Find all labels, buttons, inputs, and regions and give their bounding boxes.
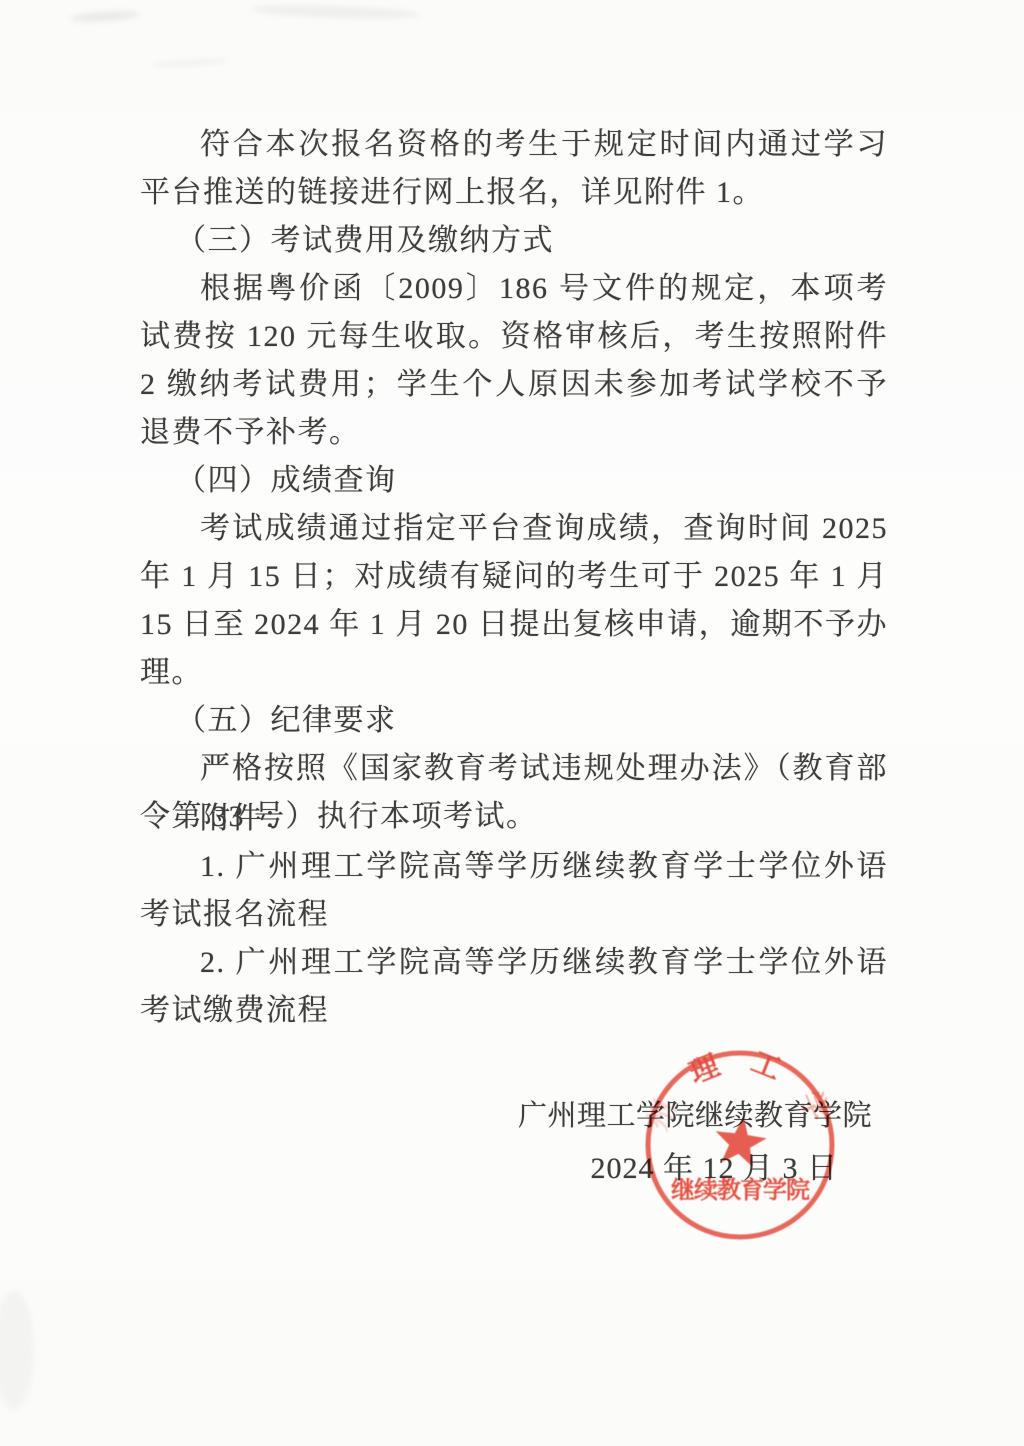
seal-bottom-text: 继续教育学院 bbox=[671, 1176, 810, 1204]
document-body: 符合本次报名资格的考生于规定时间内通过学习平台推送的链接进行网上报名，详见附件 … bbox=[140, 121, 888, 841]
scan-artifact bbox=[70, 10, 140, 24]
attachment-item-registration-flow: 1. 广州理工学院高等学历继续教育学士学位外语考试报名流程 bbox=[140, 843, 888, 939]
attachments-label: 附件： bbox=[140, 795, 888, 843]
attachments-section: 附件： 1. 广州理工学院高等学历继续教育学士学位外语考试报名流程 2. 广州理… bbox=[140, 795, 888, 1035]
section-heading-score-inquiry: （四）成绩查询 bbox=[140, 457, 888, 505]
document-page: 符合本次报名资格的考生于规定时间内通过学习平台推送的链接进行网上报名，详见附件 … bbox=[0, 0, 1024, 1446]
section-heading-discipline: （五）纪律要求 bbox=[140, 697, 888, 745]
scan-artifact bbox=[250, 3, 420, 21]
section-heading-fees: （三）考试费用及缴纳方式 bbox=[140, 217, 888, 265]
seal-star-icon bbox=[712, 1113, 770, 1168]
attachment-item-payment-flow: 2. 广州理工学院高等学历继续教育学士学位外语考试缴费流程 bbox=[140, 939, 888, 1035]
seal-arc-char: 广 bbox=[640, 1045, 660, 1052]
seal-arc-char: 院 bbox=[640, 1045, 660, 1052]
official-seal: 广 州 理 工 学 院 继续教育学院 bbox=[640, 1045, 840, 1245]
paragraph-online-registration: 符合本次报名资格的考生于规定时间内通过学习平台推送的链接进行网上报名，详见附件 … bbox=[140, 121, 888, 217]
paragraph-score-inquiry: 考试成绩通过指定平台查询成绩，查询时间 2025 年 1 月 15 日；对成绩有… bbox=[140, 505, 888, 697]
scan-artifact bbox=[150, 58, 230, 68]
paragraph-fees: 根据粤价函〔2009〕186 号文件的规定，本项考试费按 120 元每生收取。资… bbox=[140, 265, 888, 457]
scan-artifact bbox=[0, 1290, 34, 1410]
